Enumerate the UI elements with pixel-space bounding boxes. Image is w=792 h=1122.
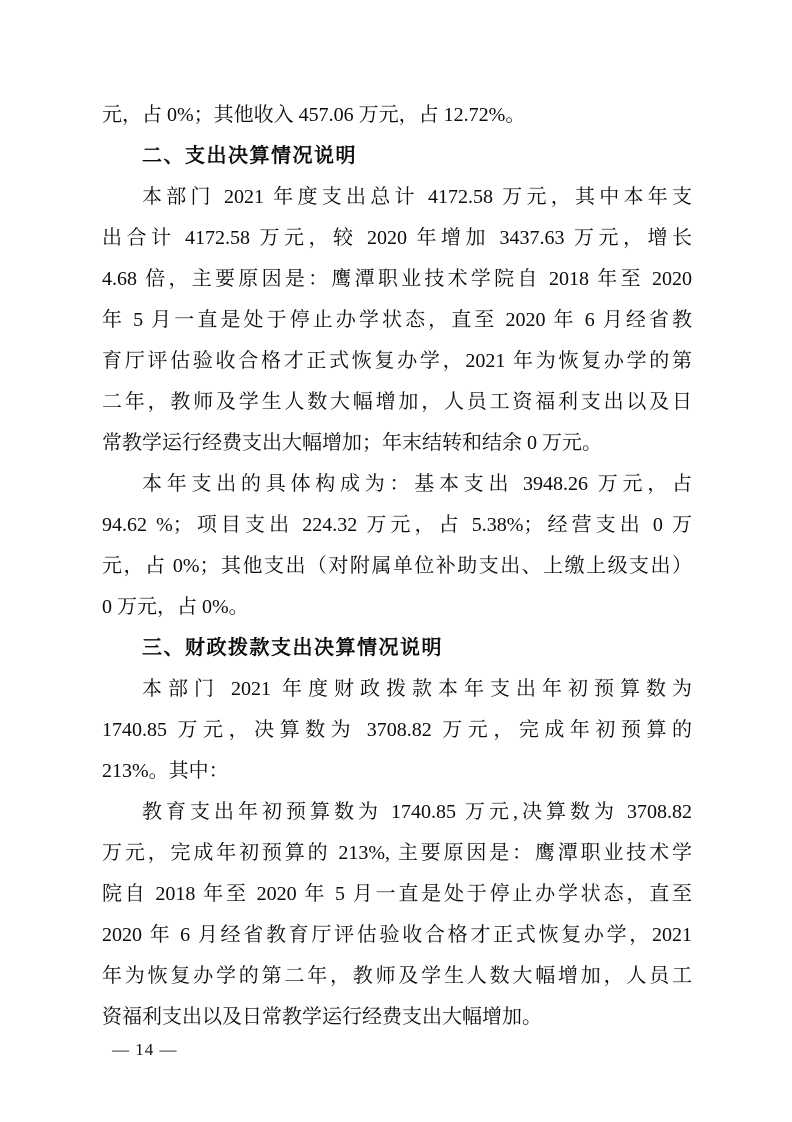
text-line: 资福利支出以及日常教学运行经费支出大幅增加。 [102,997,692,1038]
text-line: 年为恢复办学的第二年，教师及学生人数大幅增加，人员工 [102,956,692,997]
document-page: 元，占 0%；其他收入 457.06 万元，占 12.72%。二、支出决算情况说… [0,0,792,1122]
text-line: 94.62 %；项目支出 224.32 万元，占 5.38%；经营支出 0 万 [102,505,692,546]
paragraph-continuation-income: 元，占 0%；其他收入 457.06 万元，占 12.72%。 [102,95,692,136]
text-line: 年 5 月一直是处于停止办学状态，直至 2020 年 6 月经省教 [102,300,692,341]
heading-section-2: 二、支出决算情况说明 [102,136,692,177]
text-line: 4.68 倍，主要原因是：鹰潭职业技术学院自 2018 年至 2020 [102,259,692,300]
text-line: 213%。其中： [102,751,692,792]
document-body: 元，占 0%；其他收入 457.06 万元，占 12.72%。二、支出决算情况说… [102,95,692,1038]
section-heading-text: 二、支出决算情况说明 [102,136,692,177]
text-line: 2020 年 6 月经省教育厅评估验收合格才正式恢复办学，2021 [102,915,692,956]
paragraph-expenditure-composition: 本年支出的具体构成为：基本支出 3948.26 万元，占94.62 %；项目支出… [102,464,692,628]
paragraph-fiscal-appropriation: 本部门 2021 年度财政拨款本年支出年初预算数为1740.85 万元，决算数为… [102,669,692,792]
page-number: — 14 — [112,1040,178,1060]
text-line: 育厅评估验收合格才正式恢复办学，2021 年为恢复办学的第 [102,341,692,382]
text-line: 院自 2018 年至 2020 年 5 月一直是处于停止办学状态，直至 [102,874,692,915]
text-line: 本年支出的具体构成为：基本支出 3948.26 万元，占 [102,464,692,505]
text-line: 0 万元，占 0%。 [102,587,692,628]
paragraph-education-expenditure: 教育支出年初预算数为 1740.85 万元,决算数为 3708.82万元，完成年… [102,792,692,1038]
paragraph-expenditure-total: 本部门 2021 年度支出总计 4172.58 万元，其中本年支出合计 4172… [102,177,692,464]
text-line: 常教学运行经费支出大幅增加；年末结转和结余 0 万元。 [102,423,692,464]
section-heading-text: 三、财政拨款支出决算情况说明 [102,628,692,669]
text-line: 出合计 4172.58 万元，较 2020 年增加 3437.63 万元，增长 [102,218,692,259]
text-line: 元，占 0%；其他支出（对附属单位补助支出、上缴上级支出） [102,546,692,587]
text-line: 元，占 0%；其他收入 457.06 万元，占 12.72%。 [102,95,692,136]
text-line: 本部门 2021 年度支出总计 4172.58 万元，其中本年支 [102,177,692,218]
text-line: 二年，教师及学生人数大幅增加，人员工资福利支出以及日 [102,382,692,423]
text-line: 教育支出年初预算数为 1740.85 万元,决算数为 3708.82 [102,792,692,833]
text-line: 1740.85 万元，决算数为 3708.82 万元，完成年初预算的 [102,710,692,751]
text-line: 万元，完成年初预算的 213%, 主要原因是：鹰潭职业技术学 [102,833,692,874]
heading-section-3: 三、财政拨款支出决算情况说明 [102,628,692,669]
text-line: 本部门 2021 年度财政拨款本年支出年初预算数为 [102,669,692,710]
